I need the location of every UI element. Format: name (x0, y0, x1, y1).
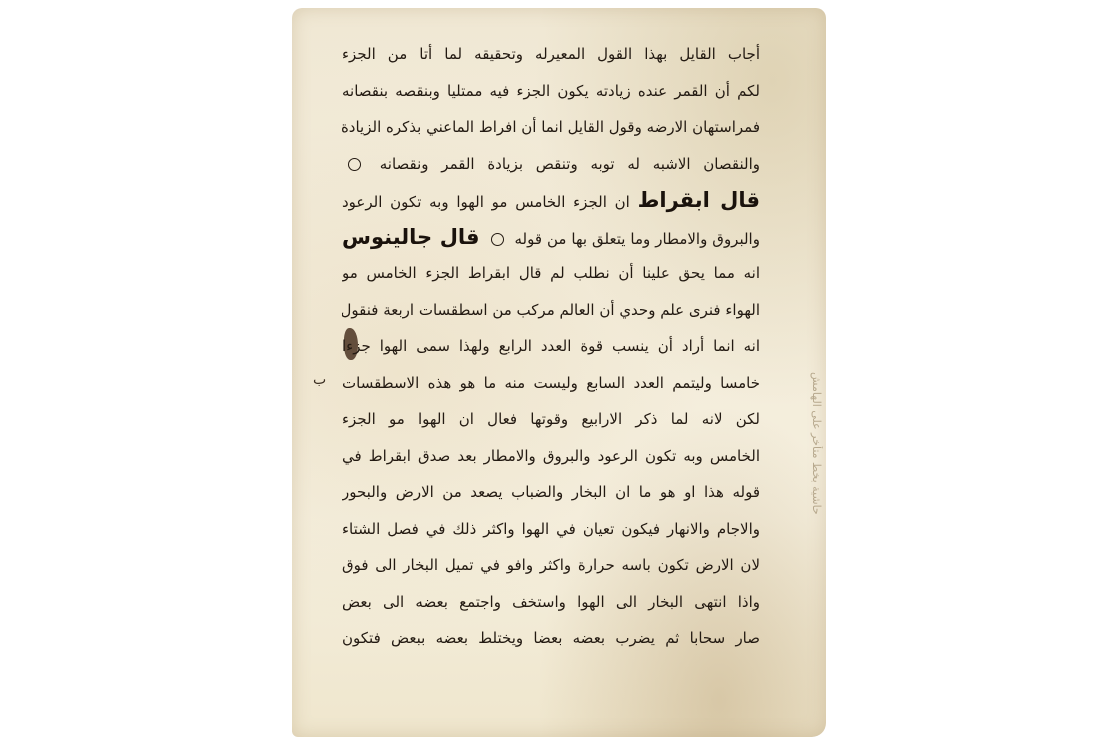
text-line-12: الخامس وبه تكون الرعود والبروق والامطار … (342, 438, 760, 475)
text-line-10: خامسا وليتمم العدد السابع وليست منه ما ه… (342, 365, 760, 402)
margin-note-right: حاشية بخط متأخر على الهامش (783, 372, 823, 587)
margin-mark-left: ب (313, 372, 326, 388)
text-line-15: لان الارض تكون باسه حرارة واكثر وافو في … (342, 547, 760, 584)
manuscript-text: أجاب القايل بهذا القول المعيرله وتحقيقه … (342, 36, 760, 657)
text-line-14: والاجام والانهار فيكون تعيان في الهوا وا… (342, 511, 760, 548)
line-text: والبروق والامطار وما يتعلق بها من قوله (515, 230, 760, 248)
text-line-11: لكن لانه لما ذكر الارابيع وقوتها فعال ان… (342, 401, 760, 438)
text-line-9: انه انما أراد أن ينسب قوة العدد الرابع و… (342, 328, 760, 365)
text-line-17: صار سحابا ثم يضرب بعضه بعضا ويختلط بعضه … (342, 620, 760, 657)
text-line-13: قوله هذا او هو ما ان البخار والضباب يصعد… (342, 474, 760, 511)
line-text: والنقصان الاشبه له توبه وتنقص بزيادة الق… (380, 155, 760, 173)
text-line-7: انه مما يحق علينا أن نطلب لم قال ابقراط … (342, 255, 760, 292)
section-end-circle-icon (348, 158, 361, 171)
text-line-1: أجاب القايل بهذا القول المعيرله وتحقيقه … (342, 36, 760, 73)
rubric-heading: قال ابقراط (638, 188, 760, 212)
text-line-16: واذا انتهى البخار الى الهوا واستخف واجتم… (342, 584, 760, 621)
rubric-heading: قال جالينوس (342, 225, 480, 249)
text-line-5: قال ابقراط ان الجزء الخامس مو الهوا وبه … (342, 182, 760, 219)
text-line-3: فمراستهان الارضه وقول القايل انما أن افر… (342, 109, 760, 146)
line-text: ان الجزء الخامس مو الهوا وبه تكون الرعود (342, 193, 630, 211)
text-line-8: الهواء فنرى علم وحدي أن العالم مركب من ا… (342, 292, 760, 329)
text-line-2: لكم أن القمر عنده زيادته يكون الجزء فيه … (342, 73, 760, 110)
section-end-circle-icon (491, 233, 504, 246)
text-line-4: والنقصان الاشبه له توبه وتنقص بزيادة الق… (342, 146, 760, 183)
text-line-6: والبروق والامطار وما يتعلق بها من قوله ق… (342, 219, 760, 256)
